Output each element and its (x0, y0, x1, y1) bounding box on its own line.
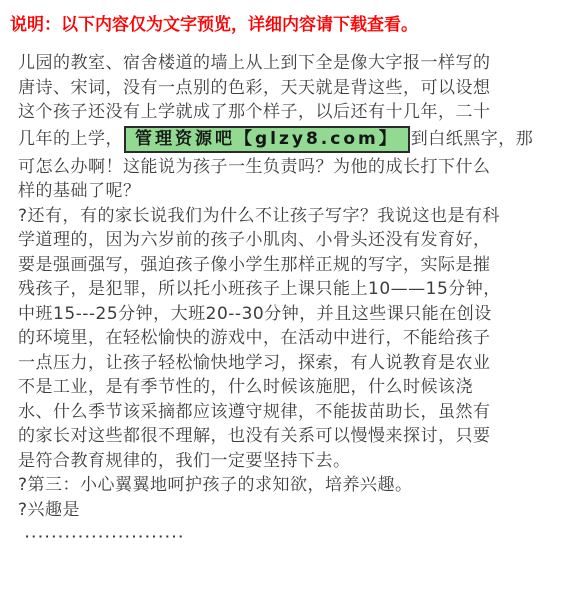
watermark-badge: 管理资源吧【glzy8.com】 (124, 126, 410, 153)
text-line: 唐诗、宋词，没有一点别的色彩，天天就是背这些，可以设想 (18, 76, 560, 101)
text-line: 可怎么办啊！这能说为孩子一生负责吗？为他的成长打下什么 (18, 155, 560, 180)
paragraph-lines-before-watermark: 儿园的教室、宿舍楼道的墙上从上到下全是像大字报一样写的唐诗、宋词，没有一点别的色… (18, 51, 560, 125)
text-line: 儿园的教室、宿舍楼道的墙上从上到下全是像大字报一样写的 (18, 51, 560, 76)
document-preview-page: 说明：以下内容仅为文字预览，详细内容请下载查看。 儿园的教室、宿舍楼道的墙上从上… (0, 0, 578, 600)
ellipsis-row: ························ (18, 522, 560, 550)
text-line: 是符合教育规律的，我们一定要坚持下去。 (18, 449, 560, 474)
text-segment-before-watermark: 几年的上学， (18, 127, 123, 152)
text-line: 的家长对这些都很不理解，也没有关系可以慢慢来探讨，只要 (18, 424, 560, 449)
text-line: 要是强画强写，强迫孩子像小学生那样正规的写字，实际是摧 (18, 253, 560, 278)
text-line: 的环境里，在轻松愉快的游戏中，在活动中进行，不能给孩子 (18, 326, 560, 351)
text-line: 样的基础了呢？ (18, 179, 560, 204)
text-line: ?第三：小心翼翼地呵护孩子的求知欲，培养兴趣。 (18, 473, 560, 498)
text-line: 学道理的，因为六岁前的孩子小肌肉、小骨头还没有发育好， (18, 228, 560, 253)
text-segment-after-watermark: 到白纸黑字，那 (411, 127, 534, 152)
document-body: 儿园的教室、宿舍楼道的墙上从上到下全是像大字报一样写的唐诗、宋词，没有一点别的色… (0, 44, 578, 550)
preview-notice: 说明：以下内容仅为文字预览，详细内容请下载查看。 (0, 0, 578, 44)
text-line: 水、什么季节该采摘都应该遵守规律，不能拔苗助长，虽然有 (18, 400, 560, 425)
text-line: 残孩子，是犯罪，所以托小班孩子上课只能上10——15分钟， (18, 277, 560, 302)
text-line: ?兴趣是 (18, 498, 560, 523)
text-line: 这个孩子还没有上学就成了那个样子，以后还有十几年，二十 (18, 100, 560, 125)
text-line: ?还有，有的家长说我们为什么不让孩子写字？我说这也是有科 (18, 204, 560, 229)
paragraph-lines-after-watermark: 可怎么办啊！这能说为孩子一生负责吗？为他的成长打下什么样的基础了呢？?还有，有的… (18, 155, 560, 523)
text-line: 不是工业，是有季节性的，什么时候该施肥，什么时候该浇 (18, 375, 560, 400)
text-line: 中班15---25分钟，大班20--30分钟，并且这些课只能在创设 (18, 302, 560, 327)
text-line-with-watermark: 几年的上学， 管理资源吧【glzy8.com】 到白纸黑字，那 (18, 125, 560, 155)
text-line: 一点压力，让孩子轻松愉快地学习，探索，有人说教育是农业 (18, 351, 560, 376)
